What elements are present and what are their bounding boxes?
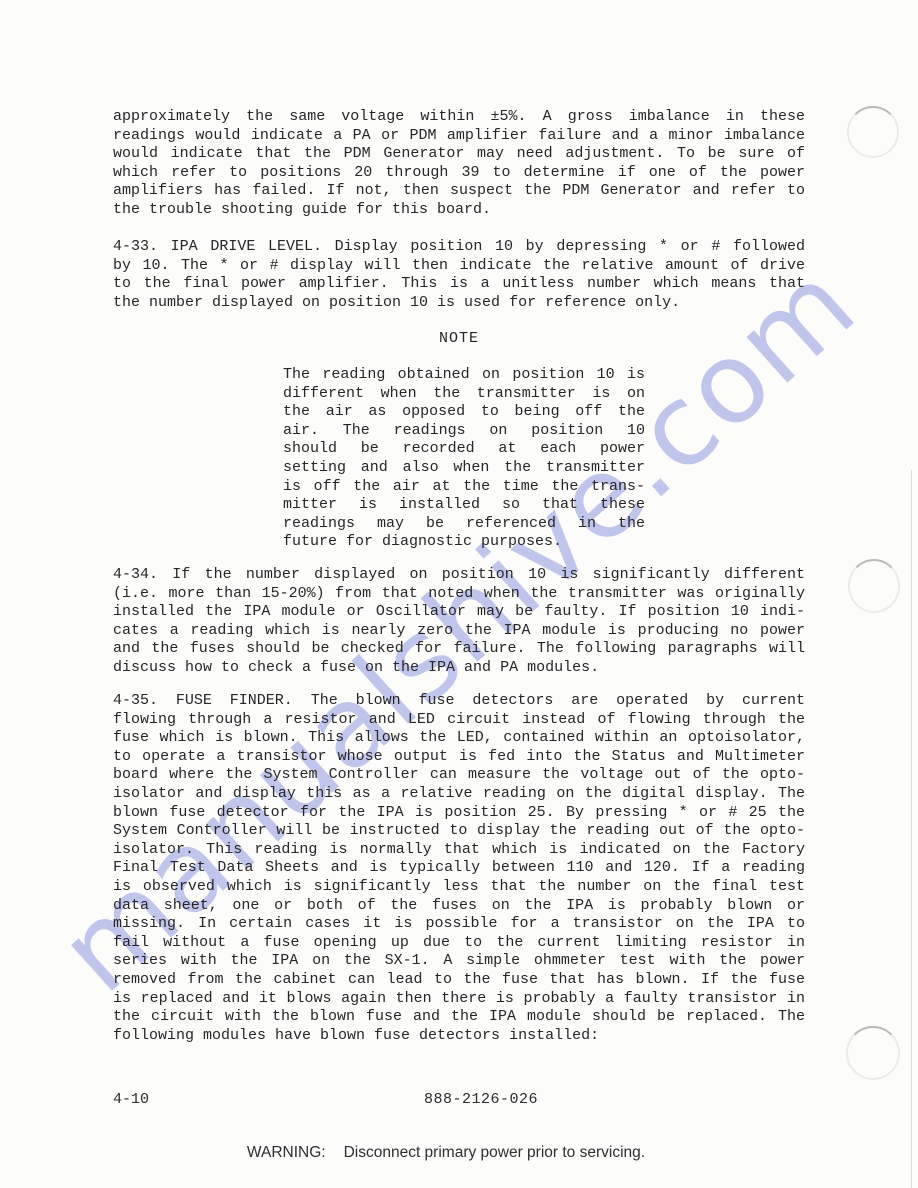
- paragraph-voltage-balance: approximately the same voltage within ±5…: [113, 108, 805, 220]
- text-line: is off the air at the time the trans-: [283, 478, 645, 497]
- text-line: and the fuses should be checked for fail…: [113, 640, 805, 659]
- text-line: missing. In certain cases it is possible…: [113, 915, 805, 934]
- note-body: The reading obtained on position 10 isdi…: [283, 366, 645, 552]
- text-line: 4-35. FUSE FINDER. The blown fuse detect…: [113, 692, 805, 711]
- paragraph-4-33-ipa-drive-level: 4-33. IPA DRIVE LEVEL. Display position …: [113, 238, 805, 312]
- hole-punch-shadow-bottom: [846, 1026, 900, 1080]
- text-line: readings would indicate a PA or PDM ampl…: [113, 127, 805, 146]
- warning-label: WARNING:: [247, 1144, 326, 1161]
- paragraph-4-35-fuse-finder: 4-35. FUSE FINDER. The blown fuse detect…: [113, 692, 805, 1045]
- text-line: 4-34. If the number displayed on positio…: [113, 566, 805, 585]
- text-line: (i.e. more than 15-20%) from that noted …: [113, 585, 805, 604]
- scanned-manual-page: manualshive.com approximately the same v…: [0, 0, 918, 1188]
- text-line: should be recorded at each power: [283, 440, 645, 459]
- text-line: is replaced and it blows again then ther…: [113, 990, 805, 1009]
- text-line: fuse which is blown. This allows the LED…: [113, 729, 805, 748]
- text-line: which refer to positions 20 through 39 t…: [113, 164, 805, 183]
- hole-punch-shadow-top: [847, 106, 899, 158]
- text-line: amplifiers has failed. If not, then susp…: [113, 182, 805, 201]
- page-edge-line: [911, 470, 912, 1188]
- text-line: removed from the cabinet can lead to the…: [113, 971, 805, 990]
- text-line: cates a reading which is nearly zero the…: [113, 622, 805, 641]
- text-line: would indicate that the PDM Generator ma…: [113, 145, 805, 164]
- text-line: data sheet, one or both of the fuses on …: [113, 897, 805, 916]
- text-line: isolator and display this as a relative …: [113, 785, 805, 804]
- text-line: System Controller will be instructed to …: [113, 822, 805, 841]
- text-line: discuss how to check a fuse on the IPA a…: [113, 659, 805, 678]
- warning-text: Disconnect primary power prior to servic…: [344, 1144, 646, 1161]
- text-line: isolator. This reading is normally that …: [113, 841, 805, 860]
- text-line: flowing through a resistor and LED circu…: [113, 711, 805, 730]
- footer-page-number: 4-10: [113, 1091, 149, 1108]
- text-line: the circuit with the blown fuse and the …: [113, 1008, 805, 1027]
- text-line: The reading obtained on position 10 is: [283, 366, 645, 385]
- text-line: blown fuse detector for the IPA is posit…: [113, 804, 805, 823]
- text-line: different when the transmitter is on: [283, 385, 645, 404]
- text-line: Final Test Data Sheets and is typically …: [113, 859, 805, 878]
- text-line: approximately the same voltage within ±5…: [113, 108, 805, 127]
- hole-punch-shadow-middle: [848, 559, 900, 613]
- text-line: by 10. The * or # display will then indi…: [113, 257, 805, 276]
- text-line: setting and also when the transmitter: [283, 459, 645, 478]
- text-line: the air as opposed to being off the: [283, 403, 645, 422]
- text-line: board where the System Controller can me…: [113, 766, 805, 785]
- text-line: the number displayed on position 10 is u…: [113, 294, 805, 313]
- text-line: series with the IPA on the SX-1. A simpl…: [113, 952, 805, 971]
- text-line: fail without a fuse opening up due to th…: [113, 934, 805, 953]
- text-line: to operate a transistor whose output is …: [113, 748, 805, 767]
- text-line: installed the IPA module or Oscillator m…: [113, 603, 805, 622]
- text-line: air. The readings on position 10: [283, 422, 645, 441]
- text-line: the trouble shooting guide for this boar…: [113, 201, 805, 220]
- text-line: to the final power amplifier. This is a …: [113, 275, 805, 294]
- text-line: readings may be referenced in the: [283, 515, 645, 534]
- footer-document-number: 888-2126-026: [424, 1091, 538, 1108]
- text-line: 4-33. IPA DRIVE LEVEL. Display position …: [113, 238, 805, 257]
- text-line: is observed which is significantly less …: [113, 878, 805, 897]
- text-line: following modules have blown fuse detect…: [113, 1027, 805, 1046]
- page-body: approximately the same voltage within ±5…: [113, 0, 805, 1188]
- note-heading: NOTE: [113, 330, 805, 349]
- warning-line: WARNING:Disconnect primary power prior t…: [0, 1144, 892, 1162]
- paragraph-4-34-reading-difference: 4-34. If the number displayed on positio…: [113, 566, 805, 678]
- text-line: future for diagnostic purposes.: [283, 533, 645, 552]
- text-line: mitter is installed so that these: [283, 496, 645, 515]
